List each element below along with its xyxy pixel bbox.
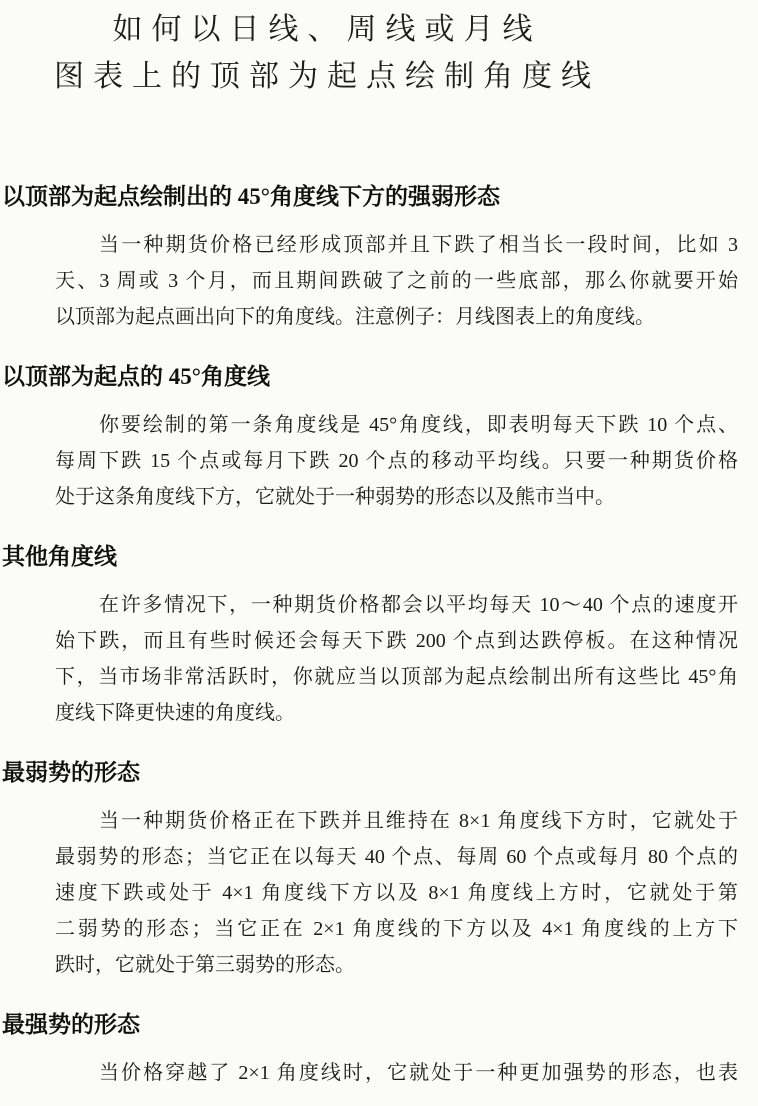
paragraph-line: 最弱势的形态；当它正在以每天 40 个点、每周 60 个点或每月 80 个点的 [55, 839, 738, 875]
paragraph-line: 当价格穿越了 2×1 角度线时，它就处于一种更加强势的形态，也表 [55, 1055, 738, 1091]
section-paragraph: 在许多情况下，一种期货价格都会以平均每天 10～40 个点的速度开 始下跌，而且… [55, 587, 738, 731]
paragraph-line: 以顶部为起点画出向下的角度线。注意例子：月线图表上的角度线。 [55, 299, 738, 335]
section-heading: 以顶部为起点的 45°角度线 [2, 361, 758, 393]
section-45-degree-line-from-top: 以顶部为起点的 45°角度线 你要绘制的第一条角度线是 45°角度线，即表明每天… [2, 361, 758, 515]
document-page: 如何以日线、周线或月线 图表上的顶部为起点绘制角度线 以顶部为起点绘制出的 45… [0, 0, 758, 1106]
section-heading: 最强势的形态 [2, 1009, 758, 1041]
section-paragraph: 当价格穿越了 2×1 角度线时，它就处于一种更加强势的形态，也表 [55, 1055, 738, 1091]
section-paragraph: 你要绘制的第一条角度线是 45°角度线，即表明每天下跌 10 个点、 每周下跌 … [55, 407, 738, 515]
paragraph-line: 在许多情况下，一种期货价格都会以平均每天 10～40 个点的速度开 [55, 587, 738, 623]
paragraph-line: 度线下降更快速的角度线。 [55, 695, 738, 731]
section-weak-strong-patterns-below-45: 以顶部为起点绘制出的 45°角度线下方的强弱形态 当一种期货价格已经形成顶部并且… [2, 181, 758, 335]
paragraph-line: 二弱势的形态；当它正在 2×1 角度线的下方以及 4×1 角度线的上方下 [55, 911, 738, 947]
paragraph-line: 跌时，它就处于第三弱势的形态。 [55, 947, 738, 983]
paragraph-line: 当一种期货价格已经形成顶部并且下跌了相当长一段时间，比如 3 [55, 227, 738, 263]
paragraph-line: 始下跌，而且有些时候还会每天下跌 200 个点到达跌停板。在这种情况 [55, 623, 738, 659]
section-paragraph: 当一种期货价格已经形成顶部并且下跌了相当长一段时间，比如 3 天、3 周或 3 … [55, 227, 738, 335]
section-paragraph: 当一种期货价格正在下跌并且维持在 8×1 角度线下方时，它就处于 最弱势的形态；… [55, 803, 738, 983]
document-title: 如何以日线、周线或月线 图表上的顶部为起点绘制角度线 [2, 8, 652, 102]
section-heading: 最弱势的形态 [2, 757, 758, 789]
section-strongest-pattern: 最强势的形态 当价格穿越了 2×1 角度线时，它就处于一种更加强势的形态，也表 [2, 1009, 758, 1091]
section-weakest-pattern: 最弱势的形态 当一种期货价格正在下跌并且维持在 8×1 角度线下方时，它就处于 … [2, 757, 758, 983]
paragraph-line: 处于这条角度线下方，它就处于一种弱势的形态以及熊市当中。 [55, 479, 738, 515]
section-heading: 其他角度线 [2, 541, 758, 573]
section-other-angle-lines: 其他角度线 在许多情况下，一种期货价格都会以平均每天 10～40 个点的速度开 … [2, 541, 758, 731]
paragraph-line: 下，当市场非常活跃时，你就应当以顶部为起点绘制出所有这些比 45°角 [55, 659, 738, 695]
section-heading: 以顶部为起点绘制出的 45°角度线下方的强弱形态 [2, 181, 758, 213]
document-title-line-2: 图表上的顶部为起点绘制角度线 [2, 52, 652, 102]
document-title-line-1: 如何以日线、周线或月线 [2, 8, 652, 52]
paragraph-line: 你要绘制的第一条角度线是 45°角度线，即表明每天下跌 10 个点、 [55, 407, 738, 443]
paragraph-line: 天、3 周或 3 个月，而且期间跌破了之前的一些底部，那么你就要开始 [55, 263, 738, 299]
paragraph-line: 当一种期货价格正在下跌并且维持在 8×1 角度线下方时，它就处于 [55, 803, 738, 839]
paragraph-line: 速度下跌或处于 4×1 角度线下方以及 8×1 角度线上方时，它就处于第 [55, 875, 738, 911]
paragraph-line: 每周下跌 15 个点或每月下跌 20 个点的移动平均线。只要一种期货价格 [55, 443, 738, 479]
